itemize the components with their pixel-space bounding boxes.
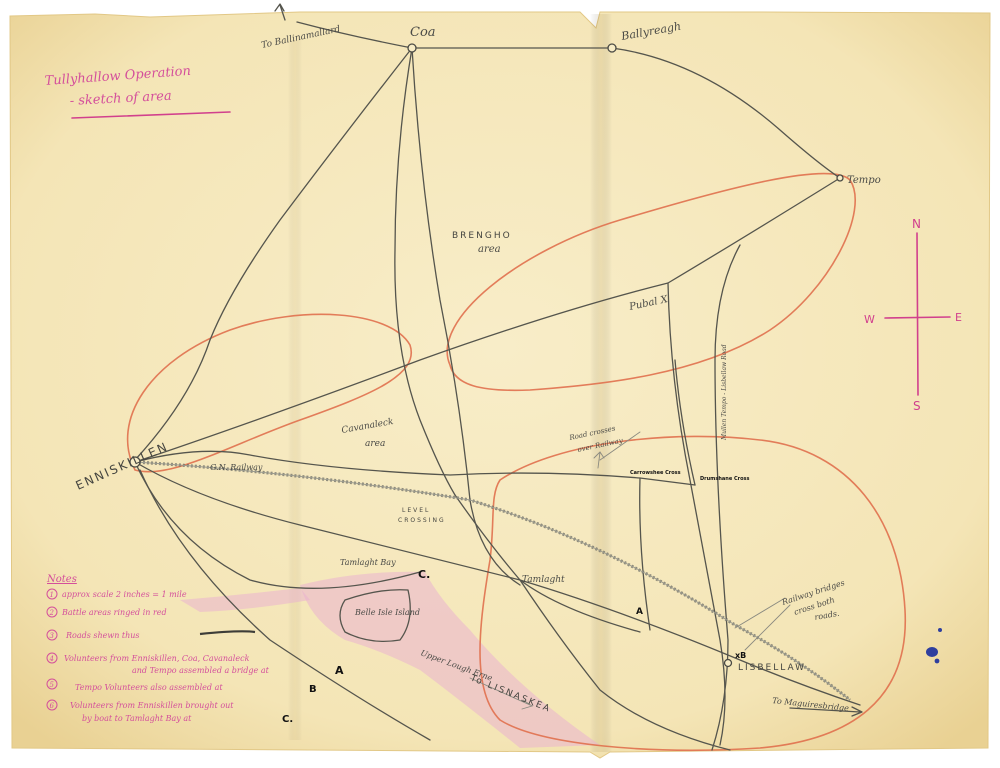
- note-6-text2: by boat to Tamlaght Bay at: [82, 714, 192, 723]
- label-gn-railway: G.N. Railway: [210, 463, 263, 472]
- label-level-crossing-2: CROSSING: [398, 517, 446, 524]
- compass-n: N: [912, 217, 921, 231]
- note-6-text: Volunteers from Enniskillen brought out: [70, 701, 234, 710]
- note-2-text: Battle areas ringed in red: [61, 608, 167, 617]
- label-lisbellaw: LISBELLAW: [738, 663, 806, 673]
- note-1-text: approx scale 2 inches = 1 mile: [62, 590, 187, 599]
- label-belle-isle: Belle Isle Island: [354, 608, 420, 617]
- note-4-marker: A: [335, 664, 344, 677]
- note-5-marker: B: [309, 684, 317, 695]
- label-cavanaleck-area-line2: area: [365, 439, 385, 449]
- map-canvas: Tullyhallow Operation - sketch of area C…: [0, 0, 1000, 768]
- compass-w: W: [864, 313, 875, 326]
- note-4-text: Volunteers from Enniskillen, Coa, Cavana…: [64, 654, 250, 663]
- label-level-crossing-1: LEVEL: [402, 507, 430, 514]
- label-tamlaght: Tamlaght: [522, 575, 565, 585]
- marker-xb: xB: [735, 651, 746, 660]
- note-4-num: 4: [49, 655, 54, 663]
- notes-heading: Notes: [46, 574, 77, 585]
- ballyreagh-marker: [608, 44, 616, 52]
- label-brenghto-area-line2: area: [478, 244, 501, 255]
- label-coa: Coa: [410, 25, 436, 40]
- note-1-num: 1: [50, 591, 54, 599]
- label-drumshane-cross: Drumshane Cross: [700, 476, 750, 482]
- compass-e: E: [955, 311, 962, 324]
- tempo-marker: [837, 175, 843, 181]
- marker-c: C.: [418, 568, 430, 581]
- note-5-text: Tempo Volunteers also assembled at: [75, 683, 223, 692]
- compass-s: S: [913, 399, 921, 413]
- note-6-marker: C.: [282, 714, 293, 725]
- note-6-num: 6: [50, 702, 55, 710]
- lisbellaw-marker: [725, 660, 732, 667]
- marker-a: A: [636, 607, 643, 617]
- label-tempo: Tempo: [847, 175, 881, 186]
- paper-sheet: [10, 12, 990, 758]
- note-3-num: 3: [50, 632, 55, 640]
- label-carrowshee-cross: Carrowshee Cross: [630, 470, 681, 476]
- paper-fold-left: [288, 40, 302, 740]
- label-brenghto-area-line1: BRENGHO: [452, 231, 512, 241]
- label-tempo-lisbellaw-road: Mullen Tempo - Lisbellaw Road: [721, 344, 728, 441]
- note-5-num: 5: [50, 681, 55, 689]
- note-3-text: Roads shewn thus: [65, 631, 140, 640]
- sketch-map: Tullyhallow Operation - sketch of area C…: [0, 0, 1000, 768]
- note-2-num: 2: [49, 609, 55, 617]
- coa-marker: [408, 44, 416, 52]
- note-4-text2: and Tempo assembled a bridge at: [132, 666, 270, 675]
- label-tamlaght-bay: Tamlaght Bay: [340, 558, 396, 567]
